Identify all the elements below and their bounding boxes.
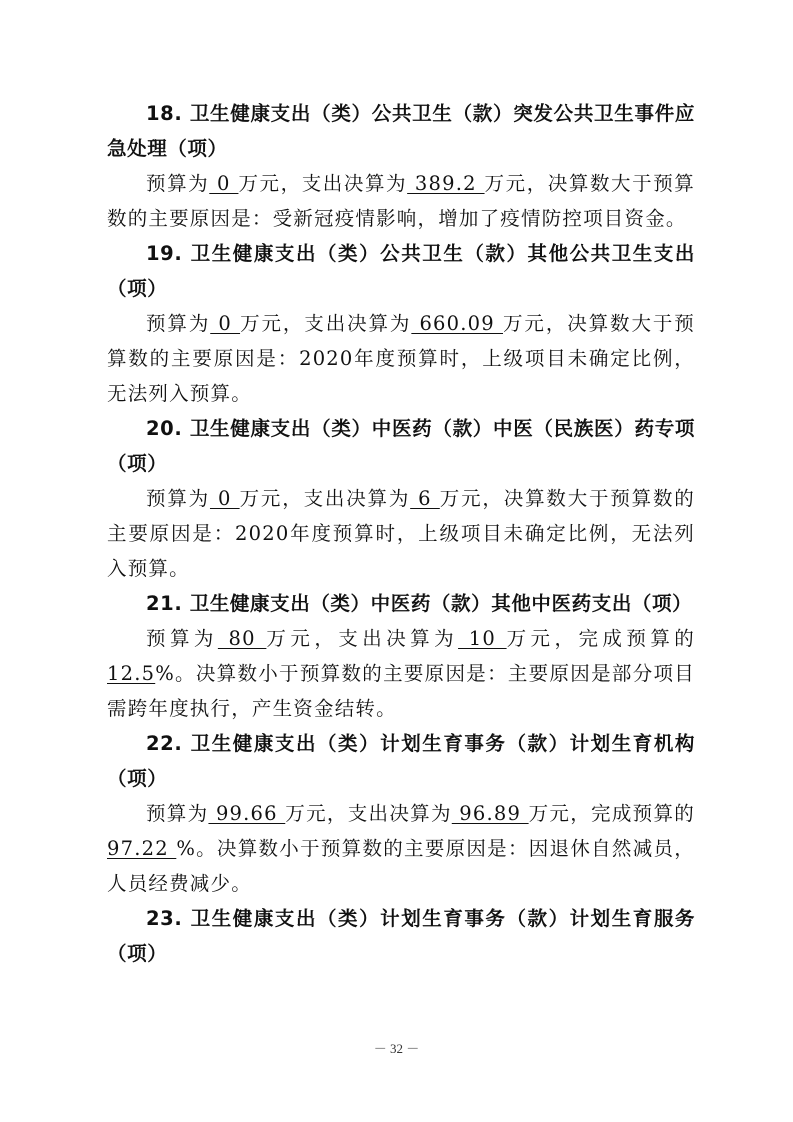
document-page: 18. 卫生健康支出（类）公共卫生（款）突发公共卫生事件应急处理（项） 预算为 … [107,96,695,971]
budget-value: 0 [210,312,240,335]
text: 万元，完成预算的 [507,627,695,650]
text: 预算为 [146,172,209,195]
section-body-21: 预算为 80 万元，支出决算为 10 万元，完成预算的12.5%。决算数小于预算… [107,621,695,726]
section-heading-22: 22. 卫生健康支出（类）计划生育事务（款）计划生育机构（项） [107,726,695,796]
actual-value: 389.2 [407,172,484,195]
text: 预算为 [146,487,210,510]
budget-value: 0 [209,172,238,195]
budget-value: 80 [218,627,267,650]
section-body-22: 预算为 99.66 万元，支出决算为 96.89 万元，完成预算的97.22 %… [107,796,695,901]
text: %。决算数小于预算数的主要原因是：因退休自然减员，人员经费减少。 [107,837,695,895]
page-number: － 32 － [0,1038,793,1057]
text: 万元，完成预算的 [529,802,695,825]
text: 万元，支出决算为 [285,802,451,825]
completion-percent: 12.5 [107,662,155,685]
text: 预算为 [146,312,210,335]
text: 万元，支出决算为 [266,627,458,650]
section-heading-19: 19. 卫生健康支出（类）公共卫生（款）其他公共卫生支出（项） [107,236,695,306]
section-body-18: 预算为 0 万元，支出决算为 389.2 万元，决算数大于预算数的主要原因是：受… [107,166,695,236]
budget-value: 99.66 [208,802,285,825]
section-heading-21: 21. 卫生健康支出（类）中医药（款）其他中医药支出（项） [107,586,695,621]
section-body-20: 预算为 0 万元，支出决算为 6 万元，决算数大于预算数的主要原因是：2020年… [107,481,695,586]
actual-value: 6 [410,487,440,510]
section-body-19: 预算为 0 万元，支出决算为 660.09 万元，决算数大于预算数的主要原因是：… [107,306,695,411]
text: 预算为 [146,802,208,825]
text: 万元，支出决算为 [240,487,411,510]
text: 万元，支出决算为 [238,172,407,195]
budget-value: 0 [210,487,240,510]
section-heading-18: 18. 卫生健康支出（类）公共卫生（款）突发公共卫生事件应急处理（项） [107,96,695,166]
actual-value: 96.89 [452,802,529,825]
section-heading-23: 23. 卫生健康支出（类）计划生育事务（款）计划生育服务（项） [107,901,695,971]
completion-percent: 97.22 [107,837,176,860]
section-heading-20: 20. 卫生健康支出（类）中医药（款）中医（民族医）药专项（项） [107,411,695,481]
text: %。决算数小于预算数的主要原因是：主要原因是部分项目需跨年度执行，产生资金结转。 [107,662,695,720]
text: 预算为 [146,627,218,650]
actual-value: 660.09 [411,312,503,335]
actual-value: 10 [458,627,507,650]
text: 万元，支出决算为 [240,312,411,335]
